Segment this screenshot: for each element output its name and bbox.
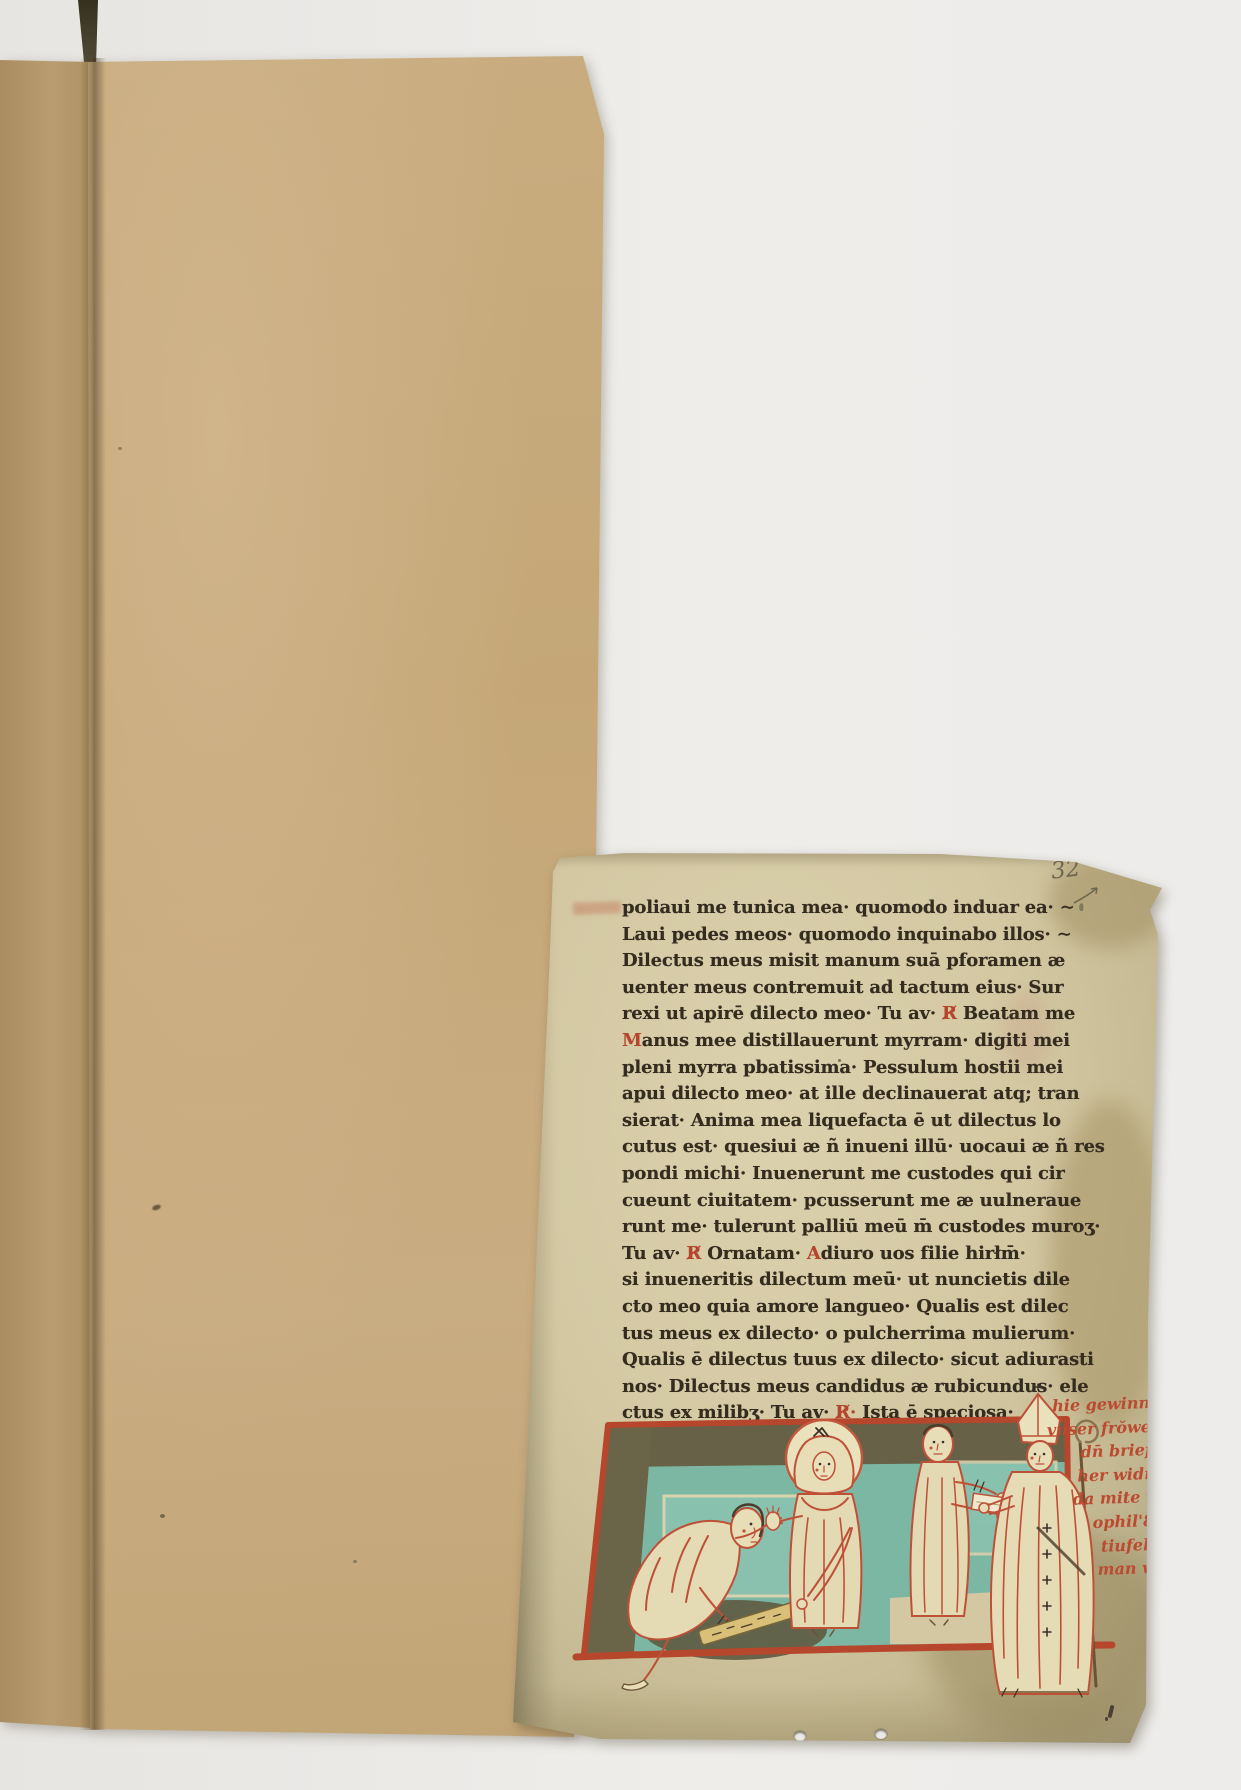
manuscript-line: apui dilecto meo· at ille declinauerat a… — [622, 1081, 1062, 1108]
manuscript-line: cto meo quia amore langueo· Qualis est d… — [622, 1294, 1062, 1321]
manuscript-line: Qualis ē dilectus tuus ex dilecto· sicut… — [622, 1347, 1062, 1374]
olive-top-band — [610, 1421, 1066, 1467]
manuscript-line: rexi ut apirē dilecto meo· Tu av· R̸ Bea… — [622, 1001, 1062, 1028]
gloss-line: ophil'8 — [1036, 1509, 1155, 1537]
faded-rubric-smudge — [573, 901, 621, 915]
teal-background — [586, 1421, 1068, 1653]
brief-document — [971, 1493, 1013, 1514]
manuscript-line: cueunt ciuitatem· pcusserunt me æ uulner… — [622, 1188, 1062, 1215]
edge-nick — [510, 1119, 521, 1124]
leaf-speck — [665, 1535, 668, 1537]
kneeling-figure — [622, 1504, 782, 1690]
folio-number: 32 — [1050, 855, 1082, 884]
manuscript-line: Tu av· R̸ Ornatam· Adiuro uos filie hirł… — [622, 1241, 1062, 1268]
binding-hole — [793, 1730, 807, 1742]
edge-nick — [508, 1274, 518, 1278]
parchment-leaf-shadow: poliaui me tunica mea· quomodo induar ea… — [0, 0, 1241, 1790]
german-gloss-block: hie gewinnvnser frŏwedn̄ briefher widrda… — [1032, 1391, 1157, 1584]
manuscript-line: pleni myrra pbatissima· Pessulum hostii … — [622, 1055, 1062, 1082]
manuscript-line: runt me· tulerunt palliū meū m̄ custodes… — [622, 1214, 1062, 1241]
manuscript-line: ctus ex milibʒ· Tu av· R̸· Ista ē specio… — [622, 1400, 1062, 1427]
olive-patch — [1032, 1589, 1068, 1644]
manuscript-line: sierat· Anima mea liquefacta ē ut dilect… — [622, 1108, 1062, 1135]
gloss-line: man w — [1038, 1556, 1157, 1584]
manuscript-line: Laui pedes meos· quomodo inquinabo illos… — [622, 922, 1062, 949]
manuscript-line: poliaui me tunica mea· quomodo induar ea… — [622, 895, 1062, 922]
latin-text-block: poliaui me tunica mea· quomodo induar ea… — [622, 895, 1062, 1427]
charter-scroll — [698, 1597, 813, 1645]
parchment-leaf: poliaui me tunica mea· quomodo induar ea… — [505, 845, 1165, 1750]
gloss-line: hie gewinn — [1032, 1391, 1151, 1419]
manuscript-line: Dilectus meus misit manum suā pforamen æ — [622, 948, 1062, 975]
binding-hole — [874, 1728, 888, 1740]
pen-doodle-icon — [1071, 885, 1101, 915]
miniature-frame — [584, 1419, 1070, 1654]
manuscript-line: uenter meus contremuit ad tactum eius· S… — [622, 975, 1062, 1002]
miniature-frame-bottom — [576, 1645, 1112, 1657]
stain — [505, 1683, 1165, 1751]
manuscript-line: Manus mee distillauerunt myrram· digiti … — [622, 1028, 1062, 1055]
ground — [890, 1588, 1068, 1646]
olive-left-band — [586, 1426, 652, 1653]
manuscript-line: nos· Dilectus meus candidus æ rubicundus… — [622, 1374, 1062, 1401]
ink-mark — [1105, 1717, 1108, 1721]
virgin-mary-figure — [766, 1420, 862, 1636]
manuscript-photo: poliaui me tunica mea· quomodo induar ea… — [0, 0, 1241, 1790]
teal-panel — [664, 1496, 822, 1596]
stain — [505, 853, 555, 1735]
manuscript-line: si inueneritis dilectum meū· ut nuncieti… — [622, 1267, 1062, 1294]
manuscript-line: cutus est· quesiui æ ñ inueni illū· uoca… — [622, 1134, 1062, 1161]
manuscript-line: pondi michi· Inuenerunt me custodes qui … — [622, 1161, 1062, 1188]
companion-figure — [910, 1425, 1007, 1625]
olive-patch — [643, 1600, 827, 1660]
edge-nick — [512, 1430, 522, 1433]
manuscript-line: tus meus ex dilecto· o pulcherrima mulie… — [622, 1321, 1062, 1348]
